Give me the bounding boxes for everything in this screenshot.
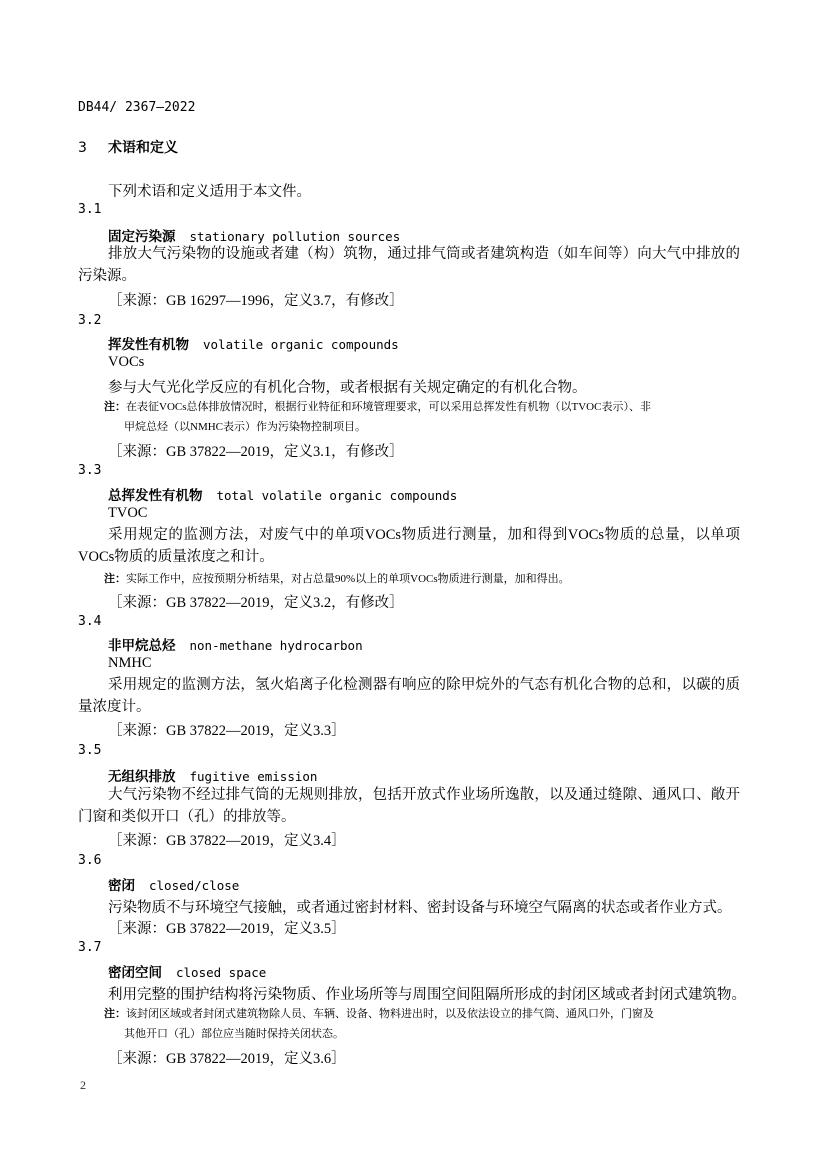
note-text-continued: 甲烷总烃（以NMHC表示）作为污染物控制项目。 xyxy=(104,417,744,437)
term-abbreviation: NMHC xyxy=(108,655,152,672)
term-heading: 挥发性有机物volatile organic compounds xyxy=(108,333,399,353)
term-en: fugitive emission xyxy=(190,769,318,784)
term-definition: 采用规定的监测方法，对废气中的单项VOCs物质进行测量，加和得到VOCs物质的总… xyxy=(78,524,740,568)
term-definition: 污染物质不与环境空气接触，或者通过密封材料、密封设备与环境空气隔离的状态或者作业… xyxy=(108,896,732,917)
term-source: ［来源：GB 37822—2019，定义3.6］ xyxy=(108,1047,346,1068)
term-heading: 密闭closed/close xyxy=(108,874,239,894)
term-zh: 无组织排放 xyxy=(108,769,176,785)
term-abbreviation: TVOC xyxy=(108,505,147,522)
document-header-id: DB44/ 2367—2022 xyxy=(78,100,195,115)
term-source: ［来源：GB 37822—2019，定义3.4］ xyxy=(108,829,346,850)
term-note: 注：实际工作中，应按预期分析结果，对占总量90%以上的单项VOCs物质进行测量，… xyxy=(104,569,744,589)
term-heading: 固定污染源stationary pollution sources xyxy=(108,225,400,245)
term-number: 3.5 xyxy=(78,743,101,758)
term-number: 3.3 xyxy=(78,463,101,478)
term-source: ［来源：GB 16297—1996，定义3.7，有修改］ xyxy=(108,289,404,310)
note-text: 该封闭区域或者封闭式建筑物除人员、车辆、设备、物料进出时，以及依法设立的排气筒、… xyxy=(126,1008,654,1020)
term-heading: 无组织排放fugitive emission xyxy=(108,765,317,785)
term-zh: 总挥发性有机物 xyxy=(108,488,203,504)
term-definition: 大气污染物不经过排气筒的无规则排放，包括开放式作业场所逸散，以及通过缝隙、通风口… xyxy=(78,784,740,828)
note-label: 注： xyxy=(104,572,126,585)
note-text-continued: 其他开口（孔）部位应当随时保持关闭状态。 xyxy=(104,1024,744,1044)
note-text: 在表征VOCs总体排放情况时，根据行业特征和环境管理要求，可以采用总挥发性有机物… xyxy=(126,401,651,413)
term-number: 3.7 xyxy=(78,940,101,955)
note-text: 实际工作中，应按预期分析结果，对占总量90%以上的单项VOCs物质进行测量，加和… xyxy=(126,573,570,585)
term-number: 3.1 xyxy=(78,202,101,217)
term-heading: 密闭空间closed space xyxy=(108,961,266,981)
term-en: non-methane hydrocarbon xyxy=(190,638,363,653)
page-number: 2 xyxy=(80,1078,86,1093)
term-en: closed space xyxy=(176,965,266,980)
term-en: total volatile organic compounds xyxy=(217,488,458,503)
term-note: 注：在表征VOCs总体排放情况时，根据行业特征和环境管理要求，可以采用总挥发性有… xyxy=(104,397,744,437)
term-zh: 密闭空间 xyxy=(108,965,162,981)
term-heading: 非甲烷总烃non-methane hydrocarbon xyxy=(108,634,363,654)
intro-paragraph: 下列术语和定义适用于本文件。 xyxy=(108,180,311,201)
term-note: 注：该封闭区域或者封闭式建筑物除人员、车辆、设备、物料进出时，以及依法设立的排气… xyxy=(104,1004,744,1044)
term-definition: 排放大气污染物的设施或者建（构）筑物，通过排气筒或者建筑构造（如车间等）向大气中… xyxy=(78,243,740,287)
document-page: DB44/ 2367—2022 3术语和定义 下列术语和定义适用于本文件。 3.… xyxy=(0,0,826,1169)
term-number: 3.4 xyxy=(78,614,101,629)
note-label: 注： xyxy=(104,400,126,413)
term-definition: 参与大气光化学反应的有机化合物，或者根据有关规定确定的有机化合物。 xyxy=(108,376,587,397)
term-definition: 利用完整的围护结构将污染物质、作业场所等与周围空间阻隔所形成的封闭区域或者封闭式… xyxy=(108,983,746,1004)
term-en: stationary pollution sources xyxy=(190,229,401,244)
term-heading: 总挥发性有机物total volatile organic compounds xyxy=(108,484,457,504)
term-definition: 采用规定的监测方法，氢火焰离子化检测器有响应的除甲烷外的气态有机化合物的总和，以… xyxy=(78,674,740,718)
term-en: closed/close xyxy=(149,878,239,893)
term-source: ［来源：GB 37822—2019，定义3.2，有修改］ xyxy=(108,591,404,612)
note-label: 注： xyxy=(104,1007,126,1020)
term-number: 3.6 xyxy=(78,853,101,868)
clause-number: 3 xyxy=(78,140,108,156)
term-zh: 非甲烷总烃 xyxy=(108,638,176,654)
term-number: 3.2 xyxy=(78,313,101,328)
term-zh: 密闭 xyxy=(108,878,135,894)
clause-title: 术语和定义 xyxy=(108,140,178,156)
term-abbreviation: VOCs xyxy=(108,354,144,371)
term-source: ［来源：GB 37822—2019，定义3.5］ xyxy=(108,917,346,938)
term-en: volatile organic compounds xyxy=(203,337,399,352)
clause-heading: 3术语和定义 xyxy=(78,137,178,157)
term-source: ［来源：GB 37822—2019，定义3.1，有修改］ xyxy=(108,440,404,461)
term-source: ［来源：GB 37822—2019，定义3.3］ xyxy=(108,719,346,740)
term-zh: 挥发性有机物 xyxy=(108,337,189,353)
